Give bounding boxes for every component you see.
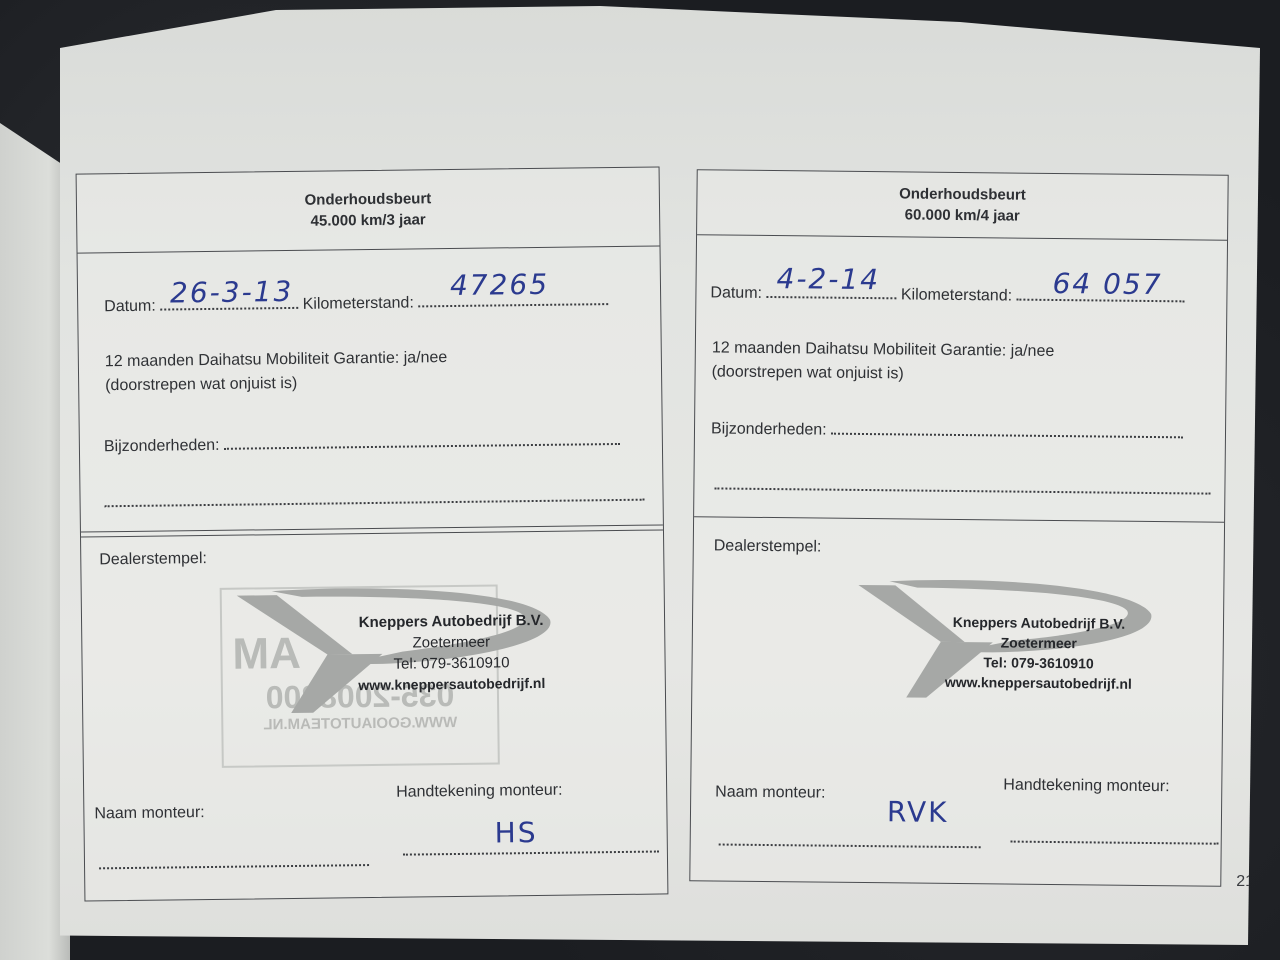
- dealer-stamp-area: Dealerstempel: MA 035-2008200 WWW.GOOIAU…: [81, 530, 667, 897]
- dealer-city: Zoetermeer: [919, 632, 1159, 655]
- km-handwritten: 47265: [450, 268, 549, 302]
- handtekening-handwritten: HS: [494, 816, 537, 850]
- km-handwritten: 64 057: [1052, 267, 1162, 301]
- card-interval: 60.000 km/4 jaar: [905, 204, 1020, 226]
- dealer-name: Kneppers Autobedrijf B.V.: [919, 612, 1159, 635]
- datum-handwritten: 26-3-13: [170, 275, 294, 310]
- dealer-tel: Tel: 079-3610910: [918, 652, 1158, 675]
- card-details: Datum: Kilometerstand: 26-3-13 47265 12 …: [78, 246, 663, 525]
- garantie-note: (doorstrepen wat onjuist is): [105, 375, 297, 395]
- datum-handwritten: 4-2-14: [776, 262, 880, 296]
- bijzonderheden-field-2[interactable]: [104, 485, 644, 508]
- bijzonderheden-label: Bijzonderheden:: [104, 437, 220, 455]
- card-header: Onderhoudsbeurt 45.000 km/3 jaar: [77, 167, 660, 253]
- dealerstempel-label: Dealerstempel:: [99, 550, 207, 569]
- dealer-tel: Tel: 079-3610910: [326, 652, 576, 676]
- bijzonderheden-label: Bijzonderheden:: [711, 420, 827, 438]
- dealer-stamp-text: Kneppers Autobedrijf B.V. Zoetermeer Tel…: [326, 610, 577, 697]
- naam-monteur-field[interactable]: [99, 850, 369, 869]
- card-interval: 45.000 km/3 jaar: [310, 209, 425, 231]
- handtekening-monteur-label: Handtekening monteur:: [1003, 776, 1170, 796]
- naam-monteur-handwritten: RVK: [887, 795, 949, 829]
- bijzonderheden-field[interactable]: [224, 429, 620, 450]
- dealerstempel-label: Dealerstempel:: [714, 537, 822, 556]
- bijzonderheden-line-2: [104, 485, 644, 513]
- dealer-city: Zoetermeer: [326, 631, 576, 655]
- naam-monteur-label: Naam monteur:: [715, 783, 825, 802]
- bijzonderheden-row: Bijzonderheden:: [104, 429, 620, 456]
- handtekening-monteur-field[interactable]: [1011, 827, 1219, 845]
- bijzonderheden-row: Bijzonderheden:: [711, 417, 1183, 443]
- bijzonderheden-field[interactable]: [831, 419, 1183, 439]
- dealer-stamp-text: Kneppers Autobedrijf B.V. Zoetermeer Tel…: [918, 612, 1159, 695]
- datum-label: Datum:: [710, 284, 762, 302]
- garantie-note: (doorstrepen wat onjuist is): [712, 363, 904, 383]
- km-label: Kilometerstand:: [901, 286, 1012, 304]
- card-title: Onderhoudsbeurt: [899, 183, 1026, 205]
- bijzonderheden-line-2: [714, 473, 1210, 499]
- garantie-label: 12 maanden Daihatsu Mobiliteit Garantie:…: [712, 339, 1055, 361]
- left-page-edge: [0, 30, 70, 960]
- garantie-label: 12 maanden Daihatsu Mobiliteit Garantie:…: [105, 349, 448, 371]
- card-title: Onderhoudsbeurt: [304, 188, 431, 211]
- dealer-name: Kneppers Autobedrijf B.V.: [326, 610, 576, 634]
- datum-label: Datum:: [104, 298, 156, 316]
- naam-monteur-label: Naam monteur:: [94, 804, 204, 823]
- handtekening-monteur-label: Handtekening monteur:: [396, 782, 563, 802]
- card-header: Onderhoudsbeurt 60.000 km/4 jaar: [697, 170, 1228, 241]
- dealer-website: www.kneppersautobedrijf.nl: [918, 672, 1158, 695]
- service-card-60000: Onderhoudsbeurt 60.000 km/4 jaar Datum: …: [689, 169, 1228, 887]
- service-card-45000: Onderhoudsbeurt 45.000 km/3 jaar Datum: …: [76, 166, 669, 901]
- bijzonderheden-field-2[interactable]: [714, 473, 1210, 494]
- naam-monteur-field[interactable]: [719, 830, 981, 849]
- dealer-website: www.kneppersautobedrijf.nl: [327, 673, 577, 697]
- km-label: Kilometerstand:: [303, 294, 414, 312]
- dealer-stamp-area: Dealerstempel: Kneppers Autobedrijf B.V.…: [690, 517, 1224, 883]
- card-details: Datum: Kilometerstand: 4-2-14 64 057 12 …: [694, 235, 1227, 516]
